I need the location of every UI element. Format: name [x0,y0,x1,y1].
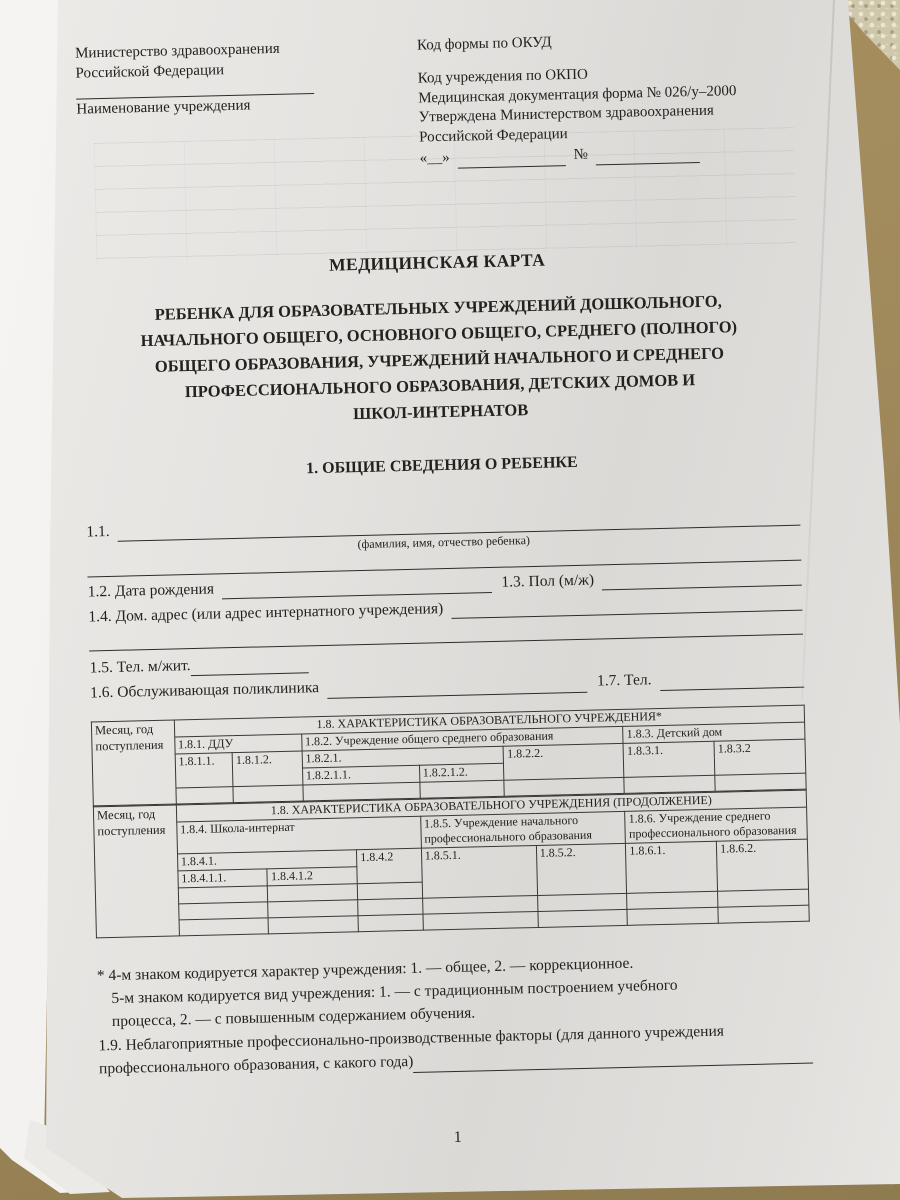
field-1-9-blank [413,1045,813,1072]
entry-cell [268,916,358,934]
field-1-2-label: 1.2. Дата рождения [88,579,223,602]
field-1-6-label: 1.6. Обслуживающая поликлиника [90,678,327,704]
entry-cell [627,907,718,925]
cell-18411: 1.8.4.1.1. [178,869,268,888]
cell-1851: 1.8.5.1. [421,845,537,898]
entry-cell [358,898,423,916]
general-info-fields: 1.1. (фамилия, имя, отчество ребенка) 1.… [86,506,804,704]
issuing-authority-block: Министерство здравоохранения Российской … [75,38,345,120]
entry-cell [715,773,806,791]
cell-1832: 1.8.3.2 [714,739,806,775]
field-1-7-blank [659,669,804,690]
entry-cell [176,786,234,803]
document-title: МЕДИЦИНСКАЯ КАРТА [80,243,794,283]
cell-1852: 1.8.5.2. [536,843,627,895]
month-year-header: Месяц, год поступления [93,805,179,938]
field-1-5-blank [190,656,308,677]
cell-1842: 1.8.4.2 [357,848,422,884]
number-blank [596,145,700,165]
number-sign: № [573,146,588,166]
cell-1862: 1.8.6.2. [716,839,808,891]
cell-1822: 1.8.2.2. [503,743,624,780]
cell-1831: 1.8.3.1. [623,741,715,777]
section-1-heading: 1. ОБЩИЕ СВЕДЕНИЯ О РЕБЕНКЕ [85,447,799,485]
entry-cell [179,918,269,936]
group-secondary-vocational: 1.8.6. Учреждение среднего профессиональ… [625,807,807,843]
date-blank [458,148,566,169]
institution-name-label: Наименование учреждения [76,93,314,120]
cell-1811: 1.8.1.1. [175,752,233,787]
field-1-6-blank [327,674,587,698]
table-1-8-institution-continued: Месяц, год поступления 1.8. ХАРАКТЕРИСТИ… [93,789,810,938]
field-1-1-label: 1.1. [86,522,118,543]
group-primary-vocational: 1.8.5. Учреждение начального профессиона… [420,811,625,848]
entry-cell [718,905,809,923]
field-1-4-label: 1.4. Дом. адрес (или адрес интернатного … [88,599,451,628]
field-1-3-label: 1.3. Пол (м/ж) [491,570,602,593]
form-codes-block: Код формы по ОКУД Код учреждения по ОКПО… [417,28,792,170]
entry-cell [420,780,505,798]
form-content: Министерство здравоохранения Российской … [75,28,815,1157]
entry-cell [357,882,422,900]
cell-18212: 1.8.2.1.2. [419,763,504,782]
entry-cell [624,775,715,793]
document-subtitle: РЕБЕНКА ДЛЯ ОБРАЗОВАТЕЛЬНЫХ УЧРЕЖДЕНИЙ Д… [81,286,798,433]
entry-cell [233,785,303,803]
month-year-header: Месяц, год поступления [91,720,176,806]
field-1-5-label: 1.5. Тел. м/жит. [89,656,190,679]
photo-of-form: Министерство здравоохранения Российской … [0,0,900,1200]
footnote-block: * 4-м знаком кодируется характер учрежде… [97,947,814,1080]
cell-1812: 1.8.1.2. [232,751,302,787]
field-1-4-blank [451,593,802,619]
form-header: Министерство здравоохранения Российской … [75,28,792,178]
entry-cell [423,911,538,930]
field-1-2-blank [222,575,492,599]
date-quotes: «__» [419,149,449,169]
entry-cell [358,914,423,932]
cell-1861: 1.8.6.1. [626,841,718,893]
field-1-3-blank [602,568,802,591]
field-1-7-label: 1.7. Тел. [587,671,660,693]
cell-18412: 1.8.4.1.2 [267,867,357,886]
entry-cell [538,909,628,927]
